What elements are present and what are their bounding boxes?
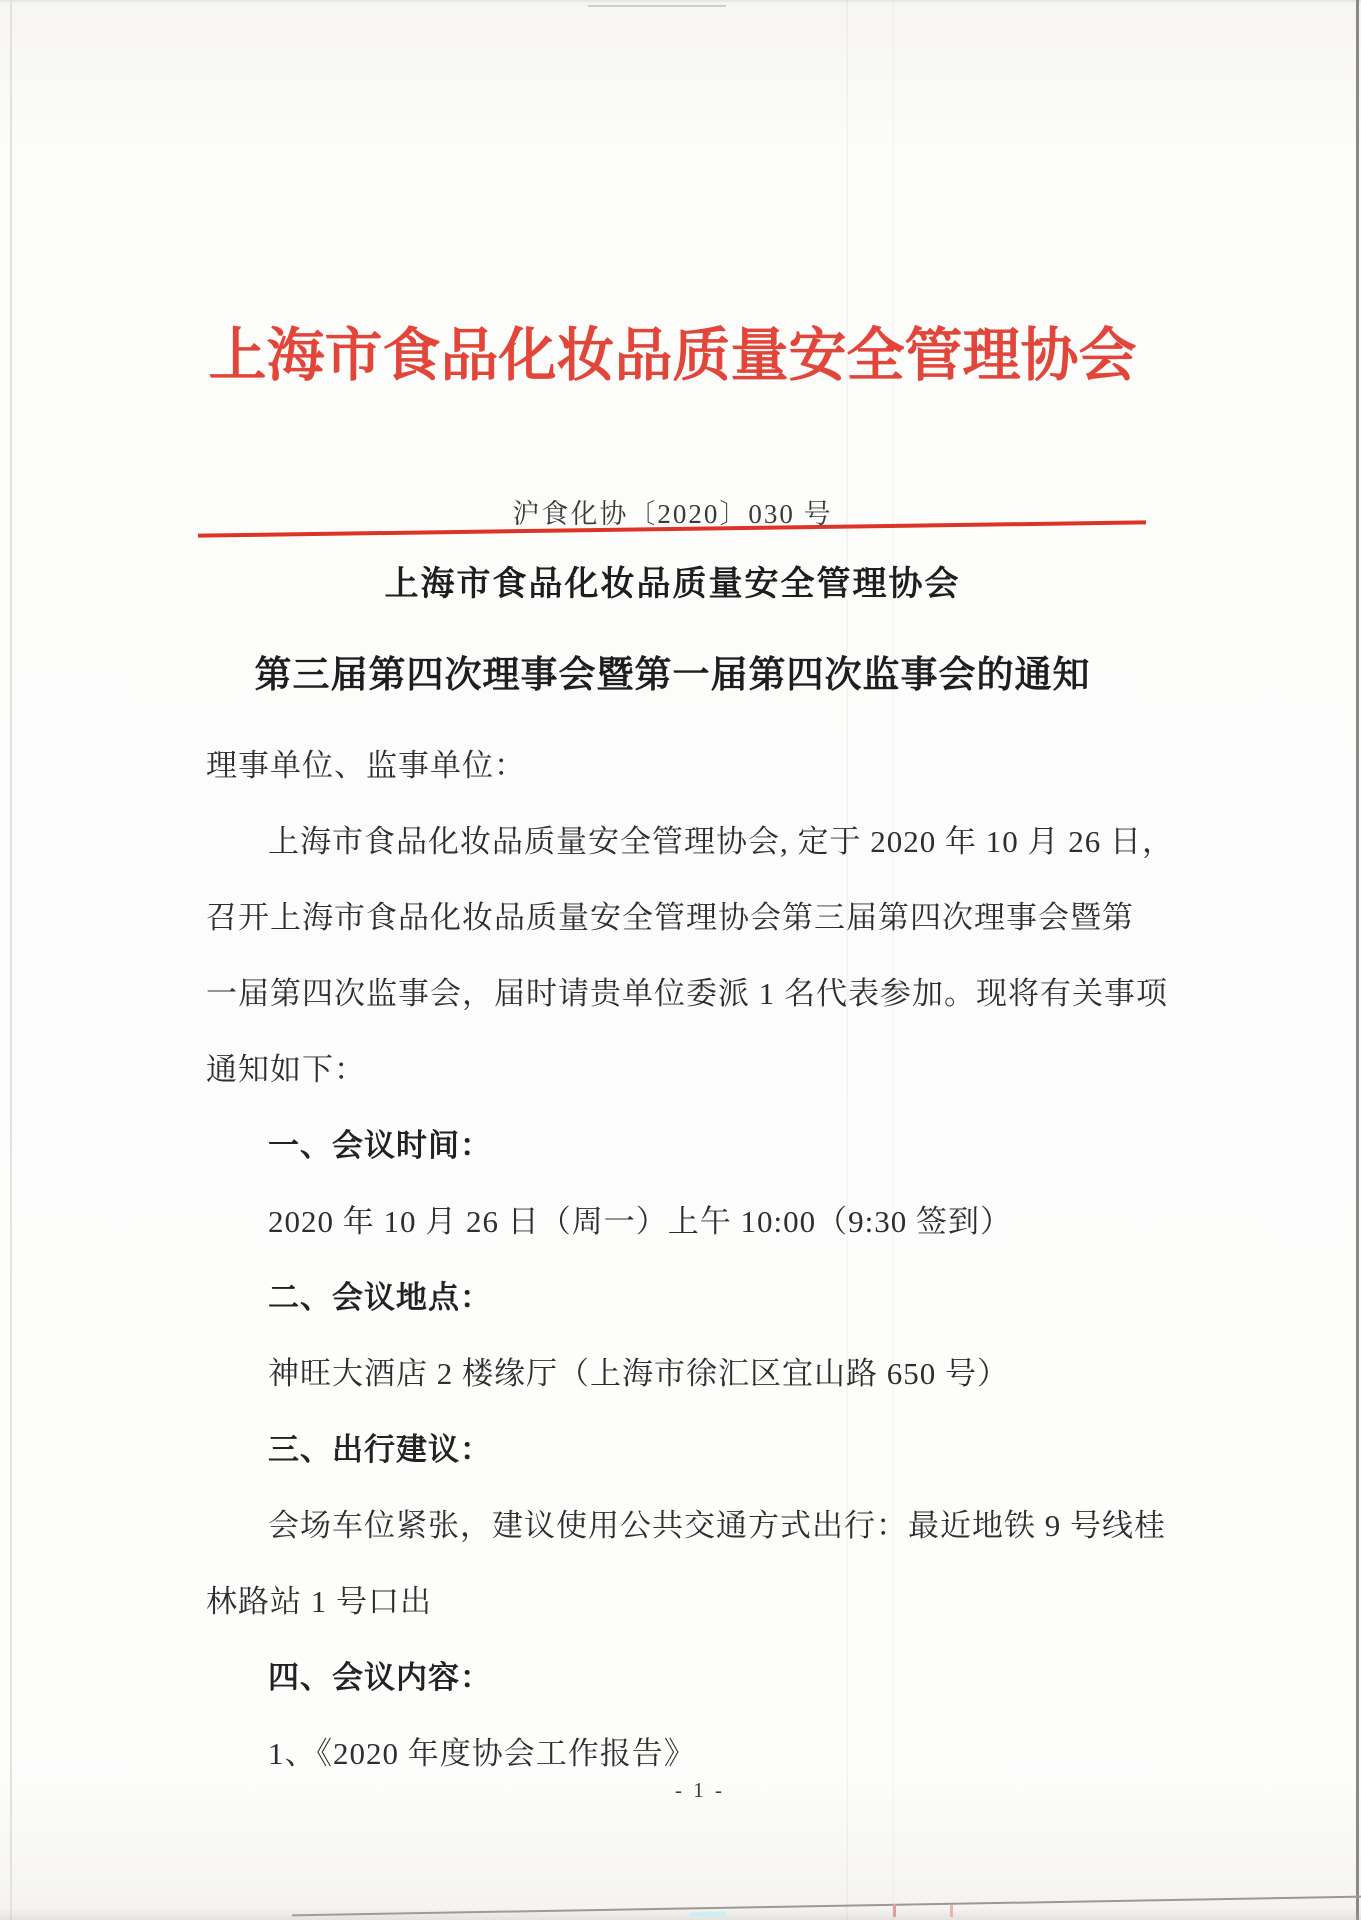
section-3-heading: 三、出行建议：: [206, 1412, 1151, 1488]
scan-top-edge: [0, 0, 1361, 2]
travel-advice-line-2: 林路站 1 号口出: [206, 1564, 1151, 1640]
opening-line-4: 通知如下：: [206, 1032, 1151, 1108]
meeting-time-value: 2020 年 10 月 26 日（周一）上午 10:00（9:30 签到）: [206, 1184, 1151, 1260]
scan-right-edge-line: [1356, 0, 1359, 1920]
scan-color-speck: [893, 1904, 896, 1917]
notice-body: 理事单位、监事单位： 上海市食品化妆品质量安全管理协会, 定于 2020 年 1…: [206, 728, 1151, 1792]
scan-color-speck: [690, 1912, 726, 1918]
opening-line-2: 召开上海市食品化妆品质量安全管理协会第三届第四次理事会暨第: [206, 880, 1151, 956]
scan-top-artifact-line: [588, 5, 726, 7]
letterhead-org-title: 上海市食品化妆品质量安全管理协会: [200, 318, 1145, 393]
scan-left-edge-line: [10, 0, 12, 1920]
section-4-heading: 四、会议内容：: [206, 1640, 1151, 1716]
notice-heading-title: 第三届第四次理事会暨第一届第四次监事会的通知: [200, 644, 1145, 698]
meeting-venue-value: 神旺大酒店 2 楼缘厅（上海市徐汇区宜山路 650 号）: [206, 1336, 1151, 1412]
scan-bottom-shadow: [0, 1908, 1361, 1920]
scan-color-speck: [950, 1905, 953, 1917]
scanned-notice-page: 上海市食品化妆品质量安全管理协会 沪食化协〔2020〕030 号 上海市食品化妆…: [0, 0, 1361, 1920]
travel-advice-line-1: 会场车位紧张，建议使用公共交通方式出行：最近地铁 9 号线桂: [206, 1488, 1151, 1564]
salutation: 理事单位、监事单位：: [206, 728, 1151, 804]
section-2-heading: 二、会议地点：: [206, 1260, 1151, 1336]
opening-line-3: 一届第四次监事会，届时请贵单位委派 1 名代表参加。现将有关事项: [206, 956, 1151, 1032]
page-number: - 1 -: [210, 1778, 1190, 1803]
opening-line-1: 上海市食品化妆品质量安全管理协会, 定于 2020 年 10 月 26 日，: [206, 804, 1151, 880]
notice-heading-org: 上海市食品化妆品质量安全管理协会: [200, 556, 1145, 605]
section-1-heading: 一、会议时间：: [206, 1108, 1151, 1184]
